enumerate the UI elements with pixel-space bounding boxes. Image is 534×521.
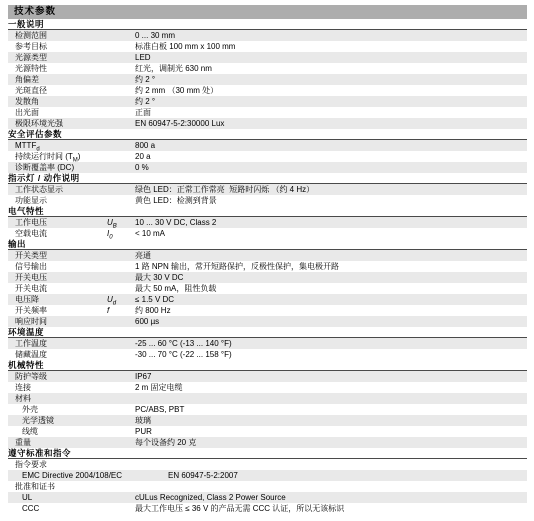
spec-row: 角偏差约 2 ° xyxy=(8,74,527,85)
spec-label: CCC xyxy=(22,503,39,514)
spec-value: 600 µs xyxy=(135,316,159,327)
spec-symbol: Ud xyxy=(107,294,116,305)
spec-label: 材料 xyxy=(15,393,31,404)
spec-row: 信号输出1 路 NPN 输出，常开短路保护，反极性保护，集电极开路 xyxy=(8,261,527,272)
spec-label: 工作电压 xyxy=(15,217,47,228)
spec-label: 光学透镜 xyxy=(22,415,54,426)
spec-value: 10 ... 30 V DC, Class 2 xyxy=(135,217,216,228)
spec-value: 20 a xyxy=(135,151,151,162)
spec-label: 开关频率 xyxy=(15,305,47,316)
spec-label: 外壳 xyxy=(22,404,38,415)
section-header: 安全评估参数 xyxy=(8,129,527,140)
spec-value: 绿色 LED：正常工作常亮 短路时闪烁 （约 4 Hz） xyxy=(135,184,314,195)
spec-symbol: f xyxy=(107,305,109,316)
page-title: 技术参数 xyxy=(8,5,527,19)
spec-label: 光斑直径 xyxy=(15,85,47,96)
spec-row: 光源类型LED xyxy=(8,52,527,63)
spec-label: EMC Directive 2004/108/EC xyxy=(22,470,122,481)
spec-label: 参考目标 xyxy=(15,41,47,52)
spec-label: 连接 xyxy=(15,382,31,393)
spec-row: 开关电流最大 50 mA，阻性负载 xyxy=(8,283,527,294)
spec-row: 诊断覆盖率 (DC)0 % xyxy=(8,162,527,173)
spec-label: 储藏温度 xyxy=(15,349,47,360)
section-header: 一般说明 xyxy=(8,19,527,30)
spec-value: PC/ABS, PBT xyxy=(135,404,184,415)
spec-row: 工作温度-25 ... 60 °C (-13 ... 140 °F) xyxy=(8,338,527,349)
spec-value: 约 800 Hz xyxy=(135,305,171,316)
spec-row: 持续运行时间 (TM)20 a xyxy=(8,151,527,162)
spec-value: 2 m 固定电缆 xyxy=(135,382,183,393)
spec-value: IP67 xyxy=(135,371,151,382)
spec-value: EN 60947-5-2:2007 xyxy=(168,470,238,481)
spec-symbol: UB xyxy=(107,217,117,228)
spec-row: 功能显示黄色 LED：检测到背景 xyxy=(8,195,527,206)
spec-value: 800 a xyxy=(135,140,155,151)
spec-label: 发散角 xyxy=(15,96,39,107)
spec-value: 最大 30 V DC xyxy=(135,272,183,283)
spec-row: 工作电压UB10 ... 30 V DC, Class 2 xyxy=(8,217,527,228)
spec-label: 空载电流 xyxy=(15,228,47,239)
spec-label: 极限环境光强 xyxy=(15,118,63,129)
spec-row: 指令要求 xyxy=(8,459,527,470)
spec-label: UL xyxy=(22,492,32,503)
spec-label: MTTFd xyxy=(15,140,40,151)
spec-label: 开关电压 xyxy=(15,272,47,283)
spec-value: 约 2 ° xyxy=(135,74,155,85)
spec-label: 重量 xyxy=(15,437,31,448)
section-header: 电气特性 xyxy=(8,206,527,217)
spec-label: 工作状态显示 xyxy=(15,184,63,195)
spec-label: 电压降 xyxy=(15,294,39,305)
spec-row: ULcULus Recognized, Class 2 Power Source xyxy=(8,492,527,503)
spec-value: PUR xyxy=(135,426,152,437)
spec-row: EMC Directive 2004/108/ECEN 60947-5-2:20… xyxy=(8,470,527,481)
spec-row: 开关类型亮通 xyxy=(8,250,527,261)
spec-label: 持续运行时间 (TM) xyxy=(15,151,80,162)
spec-value: 约 2 ° xyxy=(135,96,155,107)
spec-label: 开关电流 xyxy=(15,283,47,294)
spec-row: 响应时间600 µs xyxy=(8,316,527,327)
spec-label: 出光面 xyxy=(15,107,39,118)
spec-row: 光源特性红光，调制光 630 nm xyxy=(8,63,527,74)
spec-label: 检测范围 xyxy=(15,30,47,41)
spec-label: 光源特性 xyxy=(15,63,47,74)
spec-row: 极限环境光强EN 60947-5-2:30000 Lux xyxy=(8,118,527,129)
section-header: 遵守标准和指令 xyxy=(8,448,527,459)
spec-row: 空载电流I0< 10 mA xyxy=(8,228,527,239)
spec-row: 防护等级IP67 xyxy=(8,371,527,382)
spec-row: 开关频率f约 800 Hz xyxy=(8,305,527,316)
spec-label: 防护等级 xyxy=(15,371,47,382)
spec-row: 外壳PC/ABS, PBT xyxy=(8,404,527,415)
spec-value: 最大工作电压 ≤ 36 V 的产品无需 CCC 认证，所以无该标识 xyxy=(135,503,344,514)
spec-value: 最大 50 mA，阻性负载 xyxy=(135,283,216,294)
spec-row: CCC最大工作电压 ≤ 36 V 的产品无需 CCC 认证，所以无该标识 xyxy=(8,503,527,514)
spec-value: 1 路 NPN 输出，常开短路保护，反极性保护，集电极开路 xyxy=(135,261,339,272)
spec-value: -25 ... 60 °C (-13 ... 140 °F) xyxy=(135,338,232,349)
section-header: 指示灯 / 动作说明 xyxy=(8,173,527,184)
spec-value: < 10 mA xyxy=(135,228,165,239)
spec-label: 批准和证书 xyxy=(15,481,55,492)
spec-symbol: I0 xyxy=(107,228,113,239)
spec-value: EN 60947-5-2:30000 Lux xyxy=(135,118,224,129)
spec-row: 参考目标标准白板 100 mm x 100 mm xyxy=(8,41,527,52)
spec-row: 检测范围0 ... 30 mm xyxy=(8,30,527,41)
spec-label: 功能显示 xyxy=(15,195,47,206)
spec-value: 亮通 xyxy=(135,250,151,261)
spec-row: 批准和证书 xyxy=(8,481,527,492)
spec-row: MTTFd800 a xyxy=(8,140,527,151)
spec-row: 线缆PUR xyxy=(8,426,527,437)
section-header: 机械特性 xyxy=(8,360,527,371)
spec-value: 约 2 mm （30 mm 处） xyxy=(135,85,218,96)
spec-value: 黄色 LED：检测到背景 xyxy=(135,195,217,206)
spec-row: 重量每个设备约 20 克 xyxy=(8,437,527,448)
datasheet-page: 技术参数 一般说明检测范围0 ... 30 mm参考目标标准白板 100 mm … xyxy=(8,5,527,514)
spec-value: 红光，调制光 630 nm xyxy=(135,63,212,74)
spec-label: 指令要求 xyxy=(15,459,47,470)
spec-row: 光学透镜玻璃 xyxy=(8,415,527,426)
section-header: 环境温度 xyxy=(8,327,527,338)
spec-value: 每个设备约 20 克 xyxy=(135,437,196,448)
spec-row: 电压降Ud≤ 1.5 V DC xyxy=(8,294,527,305)
spec-row: 开关电压最大 30 V DC xyxy=(8,272,527,283)
spec-value: 0 ... 30 mm xyxy=(135,30,175,41)
spec-row: 出光面正面 xyxy=(8,107,527,118)
spec-value: cULus Recognized, Class 2 Power Source xyxy=(135,492,286,503)
spec-value: 标准白板 100 mm x 100 mm xyxy=(135,41,235,52)
spec-value: 正面 xyxy=(135,107,151,118)
spec-label: 角偏差 xyxy=(15,74,39,85)
spec-label: 工作温度 xyxy=(15,338,47,349)
spec-value: -30 ... 70 °C (-22 ... 158 °F) xyxy=(135,349,232,360)
spec-label: 响应时间 xyxy=(15,316,47,327)
spec-value: 0 % xyxy=(135,162,149,173)
spec-label: 光源类型 xyxy=(15,52,47,63)
spec-value: LED xyxy=(135,52,151,63)
spec-row: 发散角约 2 ° xyxy=(8,96,527,107)
spec-label: 开关类型 xyxy=(15,250,47,261)
section-header: 输出 xyxy=(8,239,527,250)
spec-row: 储藏温度-30 ... 70 °C (-22 ... 158 °F) xyxy=(8,349,527,360)
spec-row: 连接2 m 固定电缆 xyxy=(8,382,527,393)
spec-label: 线缆 xyxy=(22,426,38,437)
spec-label: 信号输出 xyxy=(15,261,47,272)
spec-row: 光斑直径约 2 mm （30 mm 处） xyxy=(8,85,527,96)
spec-sections: 一般说明检测范围0 ... 30 mm参考目标标准白板 100 mm x 100… xyxy=(8,19,527,514)
spec-value: ≤ 1.5 V DC xyxy=(135,294,174,305)
spec-row: 材料 xyxy=(8,393,527,404)
spec-label: 诊断覆盖率 (DC) xyxy=(15,162,74,173)
spec-row: 工作状态显示绿色 LED：正常工作常亮 短路时闪烁 （约 4 Hz） xyxy=(8,184,527,195)
spec-value: 玻璃 xyxy=(135,415,151,426)
